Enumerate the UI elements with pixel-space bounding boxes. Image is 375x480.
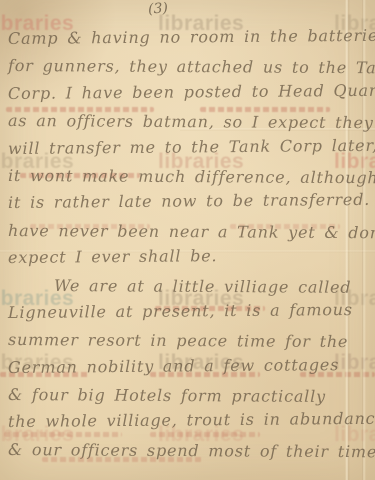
- handwriting-line: & our officers spend most of their time: [8, 436, 371, 466]
- handwriting-line: Camp & having no room in the batteries: [8, 22, 371, 53]
- page-number: (3): [118, 0, 199, 20]
- handwriting-line: Corp. I have been posted to Head Quarter…: [8, 77, 371, 108]
- handwriting-line: will transfer me to the Tank Corp later,: [8, 131, 371, 162]
- handwriting-line: German nobility and a few cottages: [8, 351, 371, 382]
- letter-body: Camp & having no room in the batteries f…: [8, 25, 371, 463]
- handwriting-line: it is rather late now to be transferred.…: [8, 186, 371, 217]
- handwriting-line: expect I ever shall be.: [8, 241, 371, 272]
- handwriting-line: Ligneuville at present, it is a famous: [8, 296, 371, 327]
- handwriting-line: the whole villiage, trout is in abundanc…: [8, 405, 371, 436]
- letter-page: libraries libraries libraries libraries …: [0, 0, 375, 480]
